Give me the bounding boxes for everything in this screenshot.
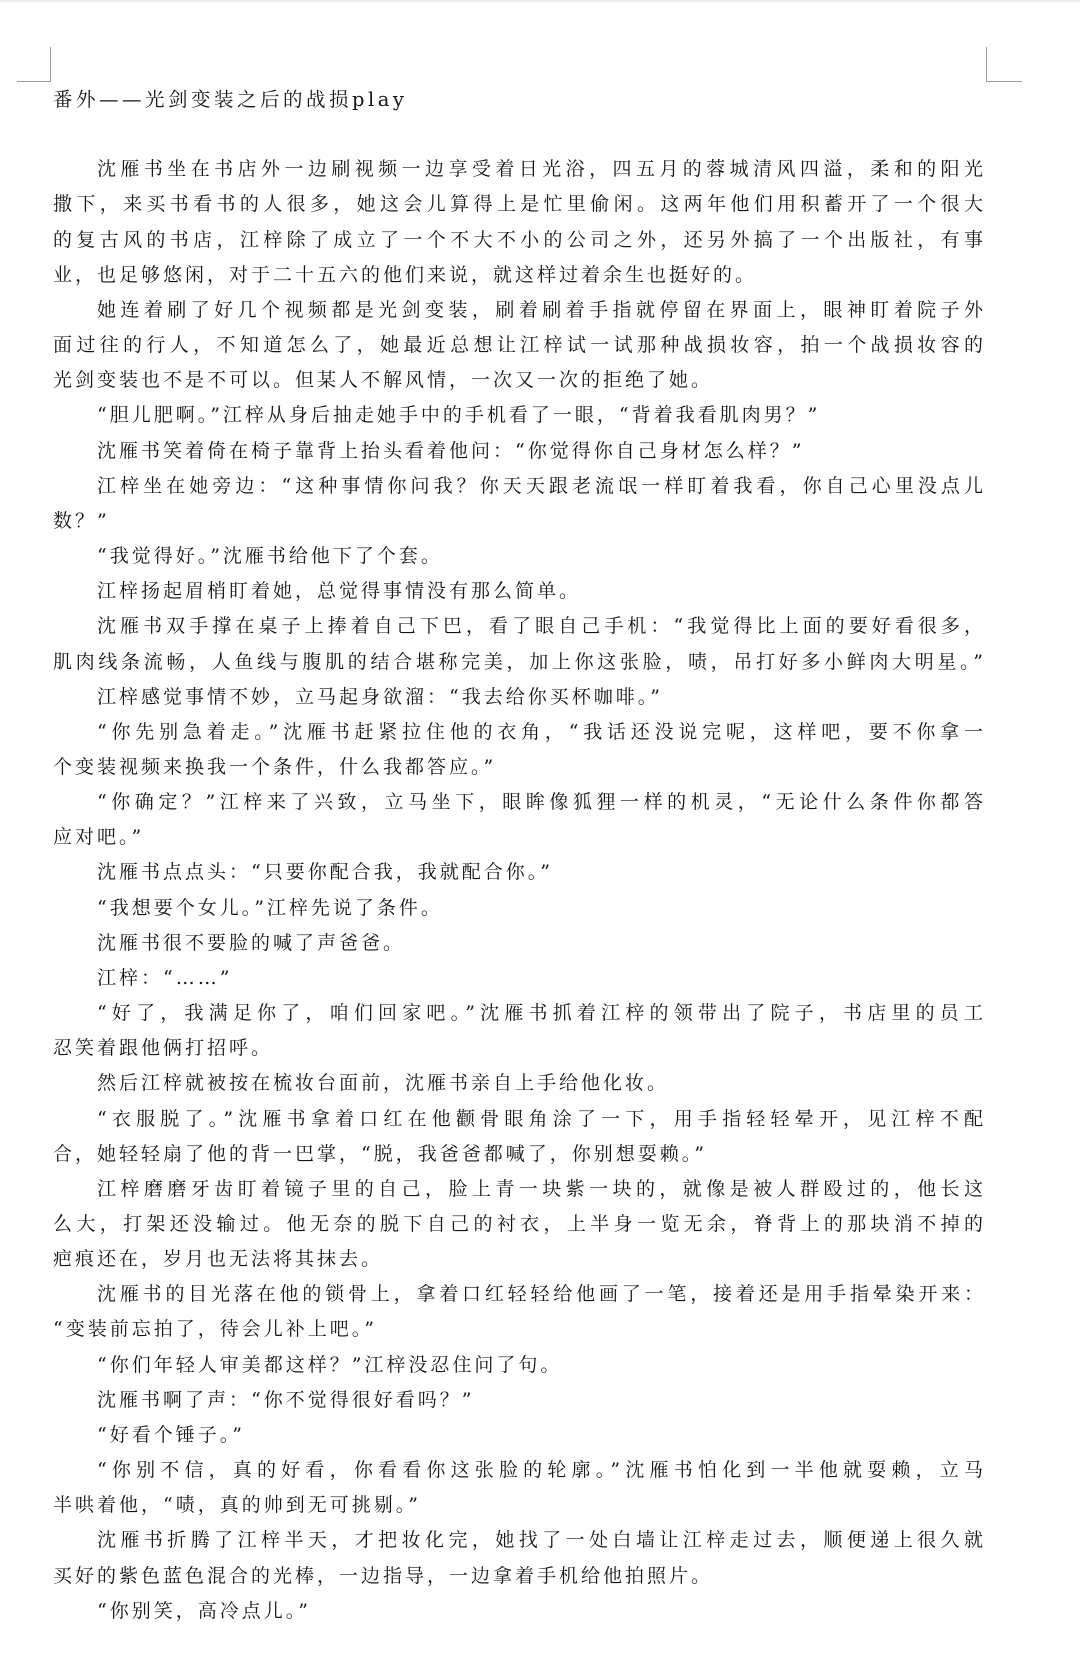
paragraph: 她连着刷了好几个视频都是光剑变装，刷着刷着手指就停留在界面上，眼神盯着院子外 面…	[53, 293, 986, 398]
paragraph: “你确定？”江梓来了兴致，立马坐下，眼眸像狐狸一样的机灵，“无论什么条件你都答 …	[53, 785, 986, 855]
paragraph: 沈雁书坐在书店外一边刷视频一边享受着日光浴，四五月的蓉城清风四溢，柔和的阳光 撒…	[53, 152, 986, 293]
paragraph: 江梓感觉事情不妙，立马起身欲溜：“我去给你买杯咖啡。”	[53, 680, 986, 715]
crop-mark-top-left	[17, 47, 51, 82]
document-page: 番外——光剑变装之后的战损play 沈雁书坐在书店外一边刷视频一边享受着日光浴，…	[53, 82, 986, 1629]
paragraph: “你别不信，真的好看，你看看你这张脸的轮廓。”沈雁书怕化到一半他就耍赖，立马 半…	[53, 1453, 986, 1523]
text-line: “你别笑，高冷点儿。”	[53, 1594, 986, 1629]
paragraph: 然后江梓就被按在梳妆台面前，沈雁书亲自上手给他化妆。	[53, 1066, 986, 1101]
paragraph: 沈雁书双手撑在桌子上捧着自己下巴，看了眼自己手机：“我觉得比上面的要好看很多， …	[53, 609, 986, 679]
paragraph: “我想要个女儿。”江梓先说了条件。	[53, 891, 986, 926]
paragraph: 江梓磨磨牙齿盯着镜子里的自己，脸上青一块紫一块的，就像是被人群殴过的，他长这 么…	[53, 1172, 986, 1277]
crop-mark-top-right	[986, 47, 1022, 82]
paragraph: 沈雁书啊了声：“你不觉得很好看吗？”	[53, 1383, 986, 1418]
text-line: 面过往的行人，不知道怎么了，她最近总想让江梓试一试那种战损妆容，拍一个战损妆容的	[53, 328, 986, 363]
paragraph: 沈雁书点点头：“只要你配合我，我就配合你。”	[53, 855, 986, 890]
paragraph: 江梓坐在她旁边：“这种事情你问我？你天天跟老流氓一样盯着我看，你自己心里没点儿 …	[53, 469, 986, 539]
text-line: “你们年轻人审美都这样？”江梓没忍住问了句。	[53, 1348, 986, 1383]
text-line: 她连着刷了好几个视频都是光剑变装，刷着刷着手指就停留在界面上，眼神盯着院子外	[53, 293, 986, 328]
paragraph: 江梓：“……”	[53, 961, 986, 996]
text-line: “我觉得好。”沈雁书给他下了个套。	[53, 539, 986, 574]
paragraph: “好了，我满足你了，咱们回家吧。”沈雁书抓着江梓的领带出了院子，书店里的员工 忍…	[53, 996, 986, 1066]
text-line: “你别不信，真的好看，你看看你这张脸的轮廓。”沈雁书怕化到一半他就耍赖，立马	[53, 1453, 986, 1488]
paragraph: “衣服脱了。”沈雁书拿着口红在他颧骨眼角涂了一下，用手指轻轻晕开，见江梓不配 合…	[53, 1102, 986, 1172]
paragraph: “你先别急着走。”沈雁书赶紧拉住他的衣角，“我话还没说完呢，这样吧，要不你拿一 …	[53, 715, 986, 785]
paragraph: 江梓扬起眉梢盯着她，总觉得事情没有那么简单。	[53, 574, 986, 609]
document-title: 番外——光剑变装之后的战损play	[53, 82, 986, 117]
text-line: “你确定？”江梓来了兴致，立马坐下，眼眸像狐狸一样的机灵，“无论什么条件你都答	[53, 785, 986, 820]
paragraph: 沈雁书的目光落在他的锁骨上，拿着口红轻轻给他画了一笔，接着还是用手指晕染开来： …	[53, 1277, 986, 1347]
text-line: 江梓感觉事情不妙，立马起身欲溜：“我去给你买杯咖啡。”	[53, 680, 986, 715]
paragraph: “好看个锤子。”	[53, 1418, 986, 1453]
text-line: 然后江梓就被按在梳妆台面前，沈雁书亲自上手给他化妆。	[53, 1066, 986, 1101]
text-line: 沈雁书折腾了江梓半天，才把妆化完，她找了一处白墙让江梓走过去，顺便递上很久就	[53, 1523, 986, 1558]
blank-line	[53, 117, 986, 152]
text-line: 沈雁书双手撑在桌子上捧着自己下巴，看了眼自己手机：“我觉得比上面的要好看很多，	[53, 609, 986, 644]
text-line: 疤痕还在，岁月也无法将其抹去。	[53, 1242, 986, 1277]
text-line: “衣服脱了。”沈雁书拿着口红在他颧骨眼角涂了一下，用手指轻轻晕开，见江梓不配	[53, 1102, 986, 1137]
text-line: 沈雁书坐在书店外一边刷视频一边享受着日光浴，四五月的蓉城清风四溢，柔和的阳光	[53, 152, 986, 187]
text-line: “好看个锤子。”	[53, 1418, 986, 1453]
text-line: 业，也足够悠闲，对于二十五六的他们来说，就这样过着余生也挺好的。	[53, 258, 986, 293]
text-line: 沈雁书笑着倚在椅子靠背上抬头看着他问：“你觉得你自己身材怎么样？”	[53, 434, 986, 469]
text-line: 光剑变装也不是不可以。但某人不解风情，一次又一次的拒绝了她。	[53, 363, 986, 398]
text-line: 个变装视频来换我一个条件，什么我都答应。”	[53, 750, 986, 785]
text-line: 沈雁书点点头：“只要你配合我，我就配合你。”	[53, 855, 986, 890]
text-line: “你先别急着走。”沈雁书赶紧拉住他的衣角，“我话还没说完呢，这样吧，要不你拿一	[53, 715, 986, 750]
paragraph: 沈雁书很不要脸的喊了声爸爸。	[53, 926, 986, 961]
text-line: 沈雁书很不要脸的喊了声爸爸。	[53, 926, 986, 961]
paragraph: “胆儿肥啊。”江梓从身后抽走她手中的手机看了一眼，“背着我看肌肉男？”	[53, 398, 986, 433]
paragraph: “你们年轻人审美都这样？”江梓没忍住问了句。	[53, 1348, 986, 1383]
text-line: 忍笑着跟他俩打招呼。	[53, 1031, 986, 1066]
text-line: 沈雁书啊了声：“你不觉得很好看吗？”	[53, 1383, 986, 1418]
text-line: 江梓：“……”	[53, 961, 986, 996]
text-line: 肌肉线条流畅，人鱼线与腹肌的结合堪称完美，加上你这张脸，啧，吊打好多小鲜肉大明星…	[53, 645, 986, 680]
paragraph: 沈雁书折腾了江梓半天，才把妆化完，她找了一处白墙让江梓走过去，顺便递上很久就 买…	[53, 1523, 986, 1593]
text-line: 江梓磨磨牙齿盯着镜子里的自己，脸上青一块紫一块的，就像是被人群殴过的，他长这	[53, 1172, 986, 1207]
page-top-edge	[0, 0, 1080, 2]
text-line: 沈雁书的目光落在他的锁骨上，拿着口红轻轻给他画了一笔，接着还是用手指晕染开来：	[53, 1277, 986, 1312]
text-line: 江梓扬起眉梢盯着她，总觉得事情没有那么简单。	[53, 574, 986, 609]
text-line: 合，她轻轻扇了他的背一巴掌，“脱，我爸爸都喊了，你别想耍赖。”	[53, 1137, 986, 1172]
text-line: 么大，打架还没输过。他无奈的脱下自己的衬衣，上半身一览无余，脊背上的那块消不掉的	[53, 1207, 986, 1242]
paragraph: 沈雁书笑着倚在椅子靠背上抬头看着他问：“你觉得你自己身材怎么样？”	[53, 434, 986, 469]
text-line: 撒下，来买书看书的人很多，她这会儿算得上是忙里偷闲。这两年他们用积蓄开了一个很大	[53, 187, 986, 222]
text-line: 江梓坐在她旁边：“这种事情你问我？你天天跟老流氓一样盯着我看，你自己心里没点儿	[53, 469, 986, 504]
text-line: “变装前忘拍了，待会儿补上吧。”	[53, 1312, 986, 1347]
text-line: 半哄着他，“啧，真的帅到无可挑剔。”	[53, 1488, 986, 1523]
text-line: 数？”	[53, 504, 986, 539]
text-line: “好了，我满足你了，咱们回家吧。”沈雁书抓着江梓的领带出了院子，书店里的员工	[53, 996, 986, 1031]
text-line: 买好的紫色蓝色混合的光棒，一边指导，一边拿着手机给他拍照片。	[53, 1559, 986, 1594]
text-line: “胆儿肥啊。”江梓从身后抽走她手中的手机看了一眼，“背着我看肌肉男？”	[53, 398, 986, 433]
text-line: 的复古风的书店，江梓除了成立了一个不大不小的公司之外，还另外搞了一个出版社，有事	[53, 223, 986, 258]
paragraph: “你别笑，高冷点儿。”	[53, 1594, 986, 1629]
text-line: 应对吧。”	[53, 820, 986, 855]
text-line: “我想要个女儿。”江梓先说了条件。	[53, 891, 986, 926]
paragraph: “我觉得好。”沈雁书给他下了个套。	[53, 539, 986, 574]
